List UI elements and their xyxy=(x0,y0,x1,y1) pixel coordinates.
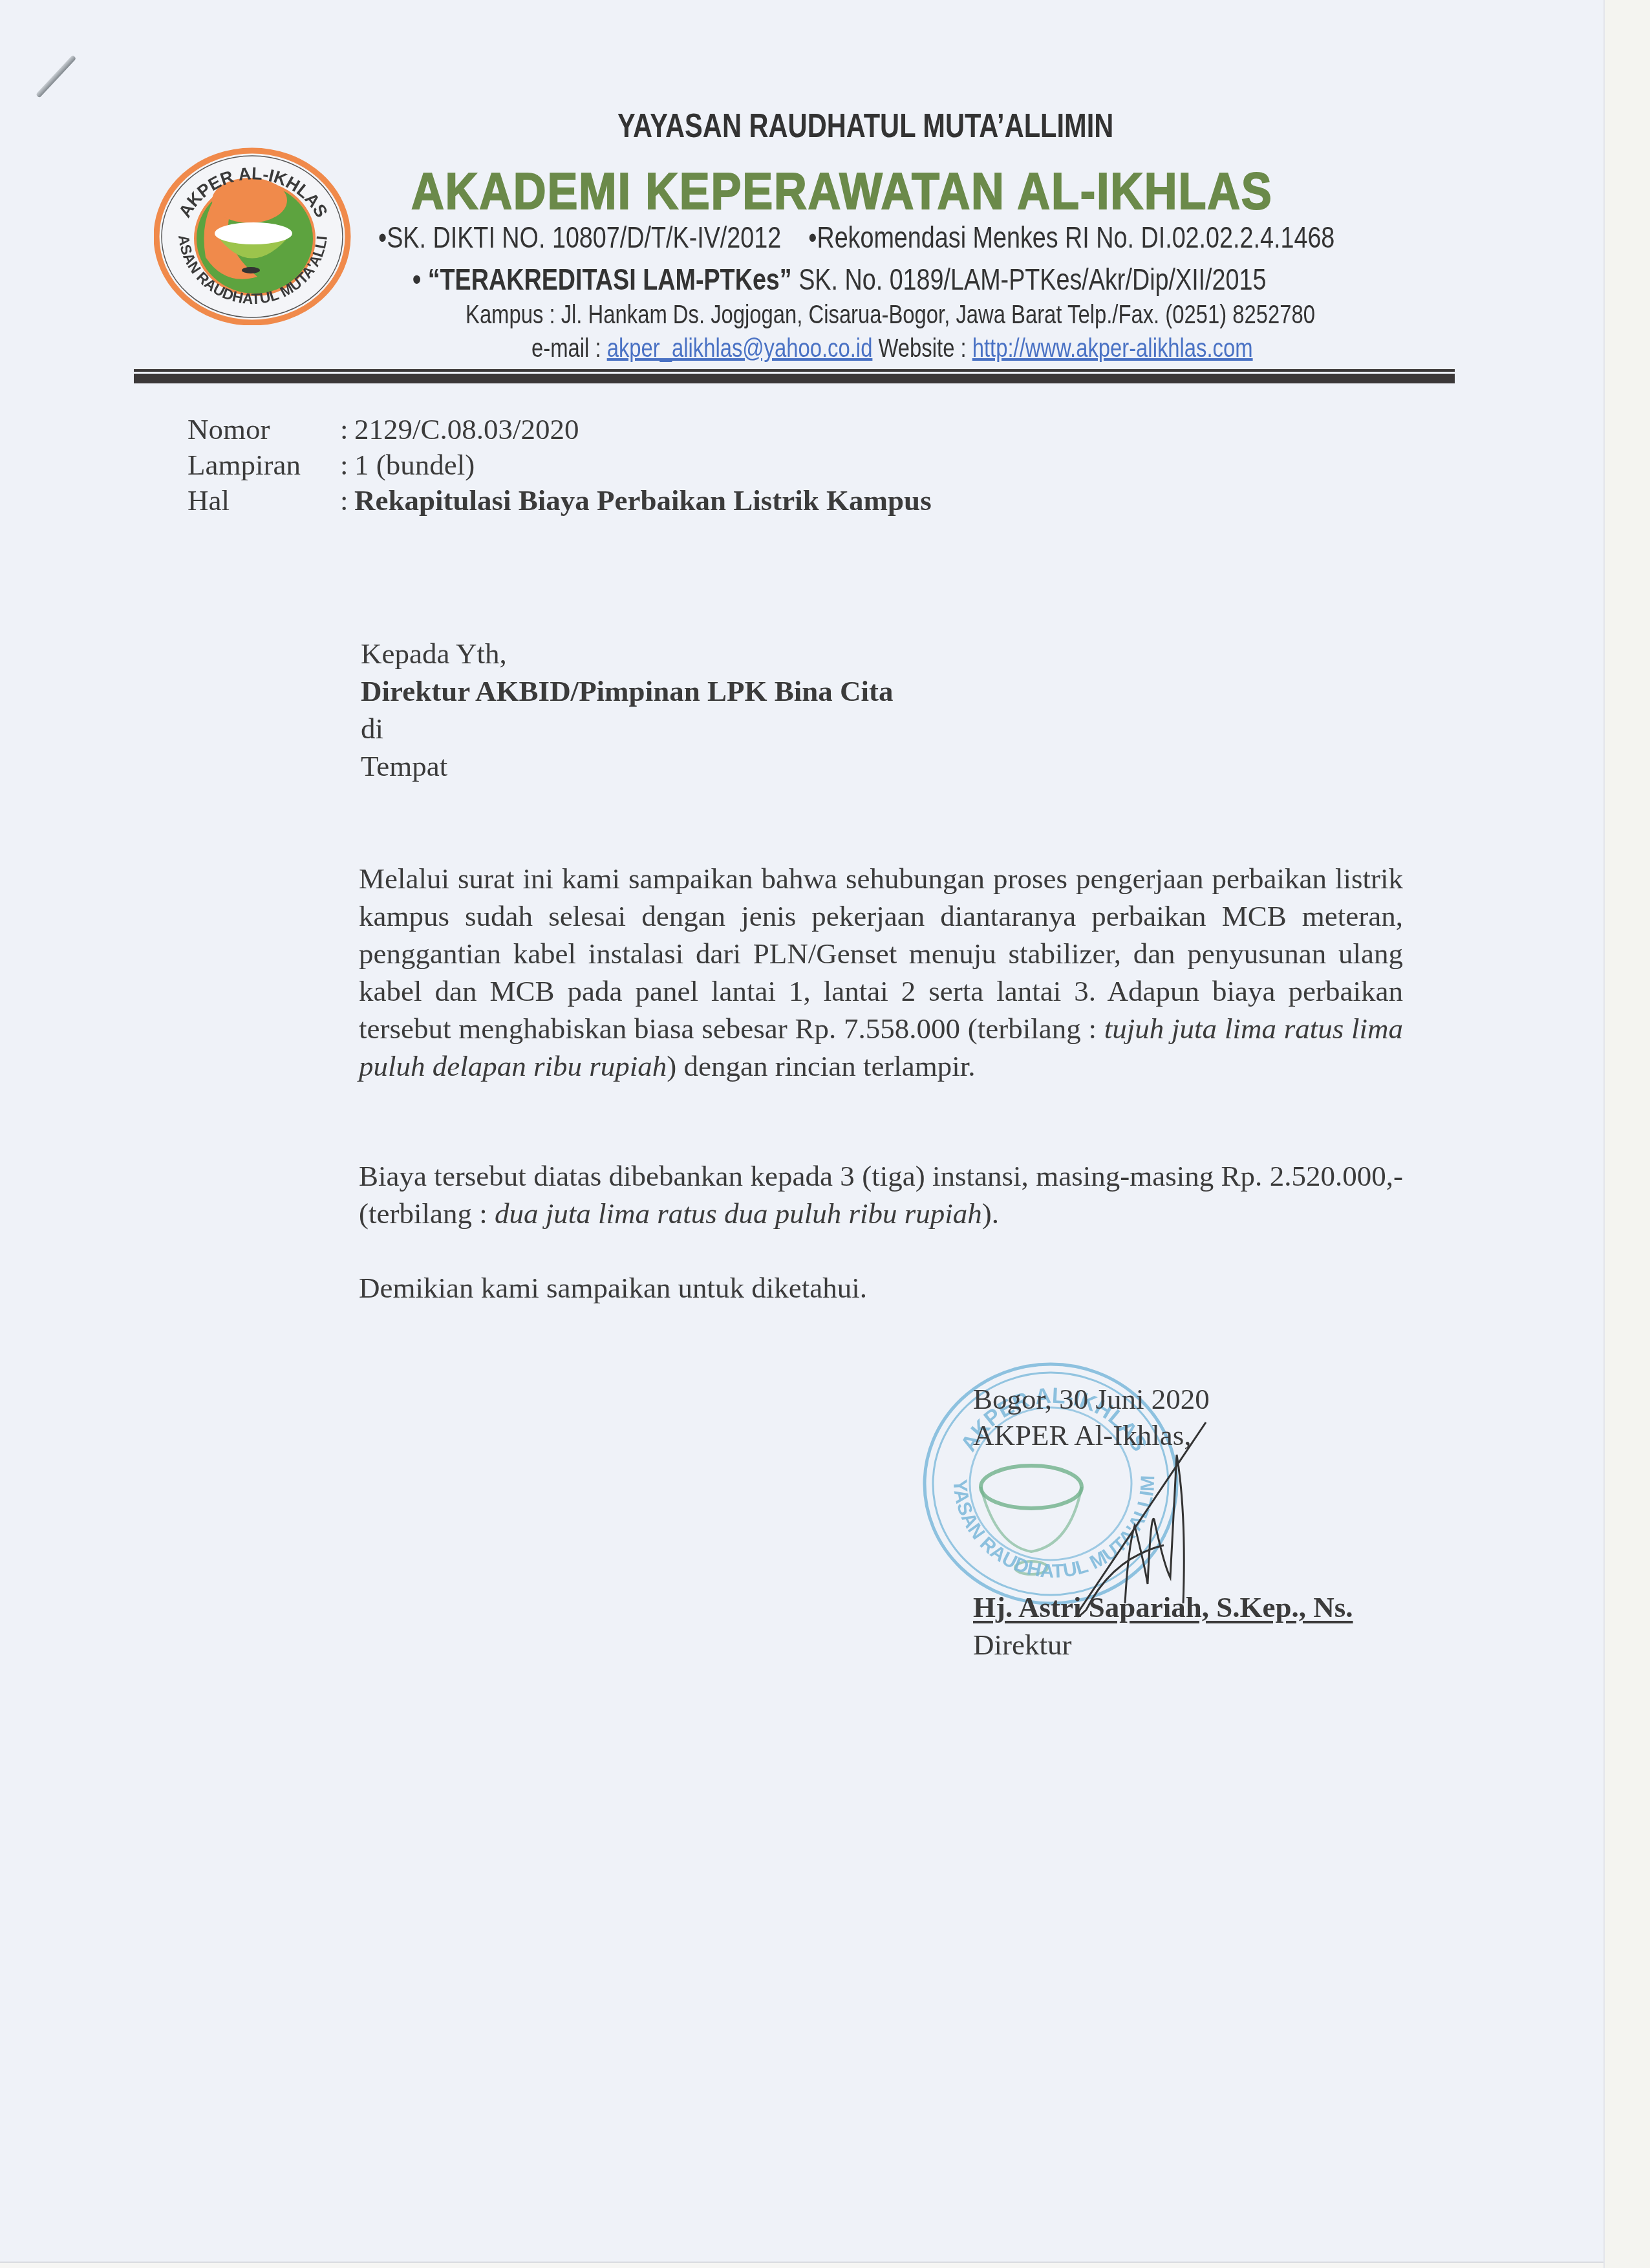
accreditation-sk: SK. No. 0189/LAM-PTKes/Akr/Dip/XII/2015 xyxy=(792,262,1267,296)
subject-value: Rekapitulasi Biaya Perbaikan Listrik Kam… xyxy=(354,484,932,517)
recipient-name: Direktur AKBID/Pimpinan LPK Bina Cita xyxy=(361,674,893,708)
letterhead-divider-thin xyxy=(134,369,1455,372)
email-link[interactable]: akper_alikhlas@yahoo.co.id xyxy=(607,334,873,363)
accreditation-status: • “TERAKREDITASI LAM-PTKes” SK. No. 0189… xyxy=(412,262,1266,297)
contact-line: e-mail : akper_alikhlas@yahoo.co.id Webs… xyxy=(531,334,1253,363)
letterhead-divider-thick xyxy=(134,374,1455,383)
closing-paragraph: Demikian kami sampaikan untuk diketahui. xyxy=(359,1269,1403,1307)
scan-edge-bottom xyxy=(0,2262,1603,2268)
letter-number: 2129/C.08.03/2020 xyxy=(354,412,579,446)
body-paragraph-2: Biaya tersebut diatas dibebankan kepada … xyxy=(359,1157,1403,1232)
scan-edge-right xyxy=(1603,0,1650,2268)
number-colon: : xyxy=(340,412,348,446)
website-label: Website : xyxy=(872,334,972,363)
sk-dikti: •SK. DIKTI NO. 10807/D/T/K-IV/2012 xyxy=(378,220,781,254)
attachment-label: Lampiran xyxy=(187,448,301,482)
akper-logo-icon: AKPER AL-IKHLAS YAYASAN RAUDHATUL MUTA'A… xyxy=(154,147,351,325)
subject-label: Hal xyxy=(187,484,230,517)
attachment-colon: : xyxy=(340,448,348,482)
recipient-di: di xyxy=(361,712,383,745)
recipient-place: Tempat xyxy=(361,749,447,783)
paragraph-1-end: ) dengan rincian terlampir. xyxy=(667,1050,975,1082)
place-date: Bogor, 30 Juni 2020 xyxy=(973,1382,1210,1416)
email-label: e-mail : xyxy=(531,334,607,363)
campus-address: Kampus : Jl. Hankam Ds. Jogjogan, Cisaru… xyxy=(466,301,1315,330)
subject-colon: : xyxy=(340,484,348,517)
salutation: Kepada Yth, xyxy=(361,637,507,670)
academy-name: AKADEMI KEPERAWATAN AL-IKHLAS xyxy=(411,162,1273,221)
paragraph-2-end: ). xyxy=(982,1197,999,1230)
number-label: Nomor xyxy=(187,412,270,446)
foundation-name: YAYASAN RAUDHATUL MUTA’ALLIMIN xyxy=(617,107,1113,145)
rekomendasi-menkes: •Rekomendasi Menkes RI No. DI.02.02.2.4.… xyxy=(808,220,1334,254)
website-link[interactable]: http://www.akper-alikhlas.com xyxy=(972,334,1253,363)
share-in-words: dua juta lima ratus dua puluh ribu rupia… xyxy=(495,1197,982,1230)
signatory-title: Direktur xyxy=(973,1628,1071,1662)
signatory-name: Hj. Astri Sapariah, S.Kep., Ns. xyxy=(973,1590,1353,1624)
body-paragraph-1: Melalui surat ini kami sampaikan bahwa s… xyxy=(359,860,1403,1085)
attachment-value: 1 (bundel) xyxy=(354,448,475,482)
accreditation-line: •SK. DIKTI NO. 10807/D/T/K-IV/2012 •Reko… xyxy=(378,220,1334,255)
accreditation-badge: • “TERAKREDITASI LAM-PTKes” xyxy=(412,262,792,296)
